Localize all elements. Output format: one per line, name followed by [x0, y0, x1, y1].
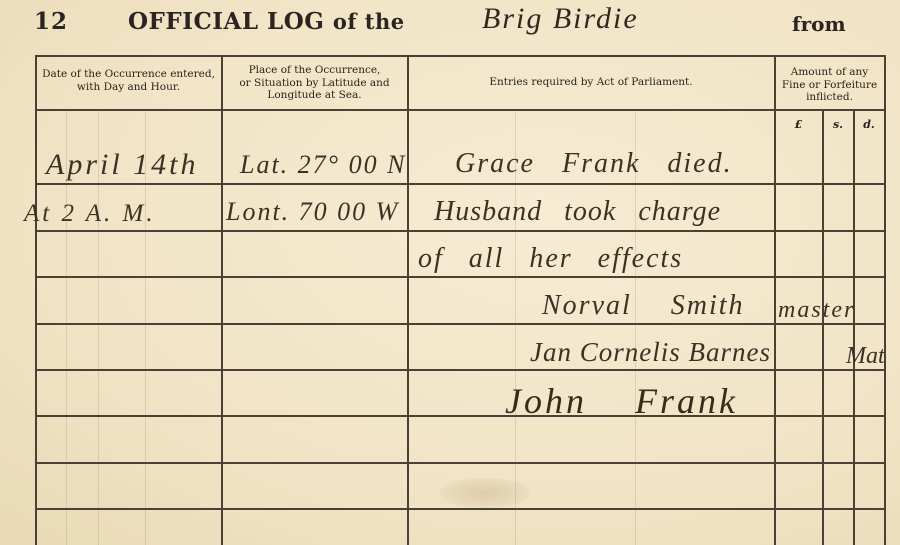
- header-line: Fine or Forfeiture: [775, 79, 884, 92]
- header-line: Longitude at Sea.: [222, 89, 407, 102]
- header-line: Place of the Occurrence,: [222, 64, 407, 77]
- column-divider: [221, 55, 223, 545]
- column-header-date: Date of the Occurrence entered, with Day…: [36, 68, 221, 93]
- header-line: with Day and Hour.: [36, 81, 221, 94]
- column-divider: [407, 55, 409, 545]
- header-line: Date of the Occurrence entered,: [36, 68, 221, 81]
- signature-husband: John Frank: [505, 380, 738, 422]
- row-rule: [36, 369, 884, 371]
- signature-mate: Jan Cornelis Barnes: [530, 337, 771, 368]
- row-rule: [36, 276, 884, 278]
- shillings-header: s.: [823, 118, 853, 131]
- row-rule: [36, 462, 884, 464]
- header-bottom-rule: [36, 109, 884, 111]
- column-header-place: Place of the Occurrence, or Situation by…: [222, 64, 407, 102]
- header-line: Amount of any: [775, 66, 884, 79]
- entry-text-line2: Husband took charge: [434, 196, 721, 228]
- pounds-header: £: [775, 118, 822, 131]
- header-line: or Situation by Latitude and: [222, 77, 407, 90]
- entry-text-line1: Grace Frank died.: [455, 148, 733, 180]
- row-rule: [36, 230, 884, 232]
- signature-mate-role: Mat: [846, 343, 885, 370]
- table-right-rule: [884, 55, 886, 545]
- column-header-entries: Entries required by Act of Parliament.: [408, 76, 774, 89]
- money-divider: [853, 111, 855, 545]
- header-line: Entries required by Act of Parliament.: [408, 76, 774, 89]
- row-rule: [36, 415, 884, 417]
- pence-header: d.: [854, 118, 884, 131]
- entry-place-line2: Lont. 70 00 W: [226, 197, 399, 227]
- row-rule: [36, 183, 884, 185]
- paper-stain: [440, 478, 530, 508]
- table-left-rule: [35, 55, 37, 545]
- row-rule: [36, 508, 884, 510]
- row-rule: [36, 323, 884, 325]
- entry-date-line1: April 14th: [46, 148, 199, 182]
- header-line: inflicted.: [775, 91, 884, 104]
- entry-text-line3: of all her effects: [418, 243, 683, 275]
- entry-place-line1: Lat. 27° 00 N: [240, 150, 406, 180]
- entry-date-line2: At 2 A. M.: [24, 200, 156, 228]
- money-divider: [822, 111, 824, 545]
- column-header-fine: Amount of any Fine or Forfeiture inflict…: [775, 66, 884, 104]
- signature-master-role: master: [778, 297, 855, 324]
- table-top-rule: [36, 55, 884, 57]
- signature-master: Norval Smith: [542, 290, 745, 322]
